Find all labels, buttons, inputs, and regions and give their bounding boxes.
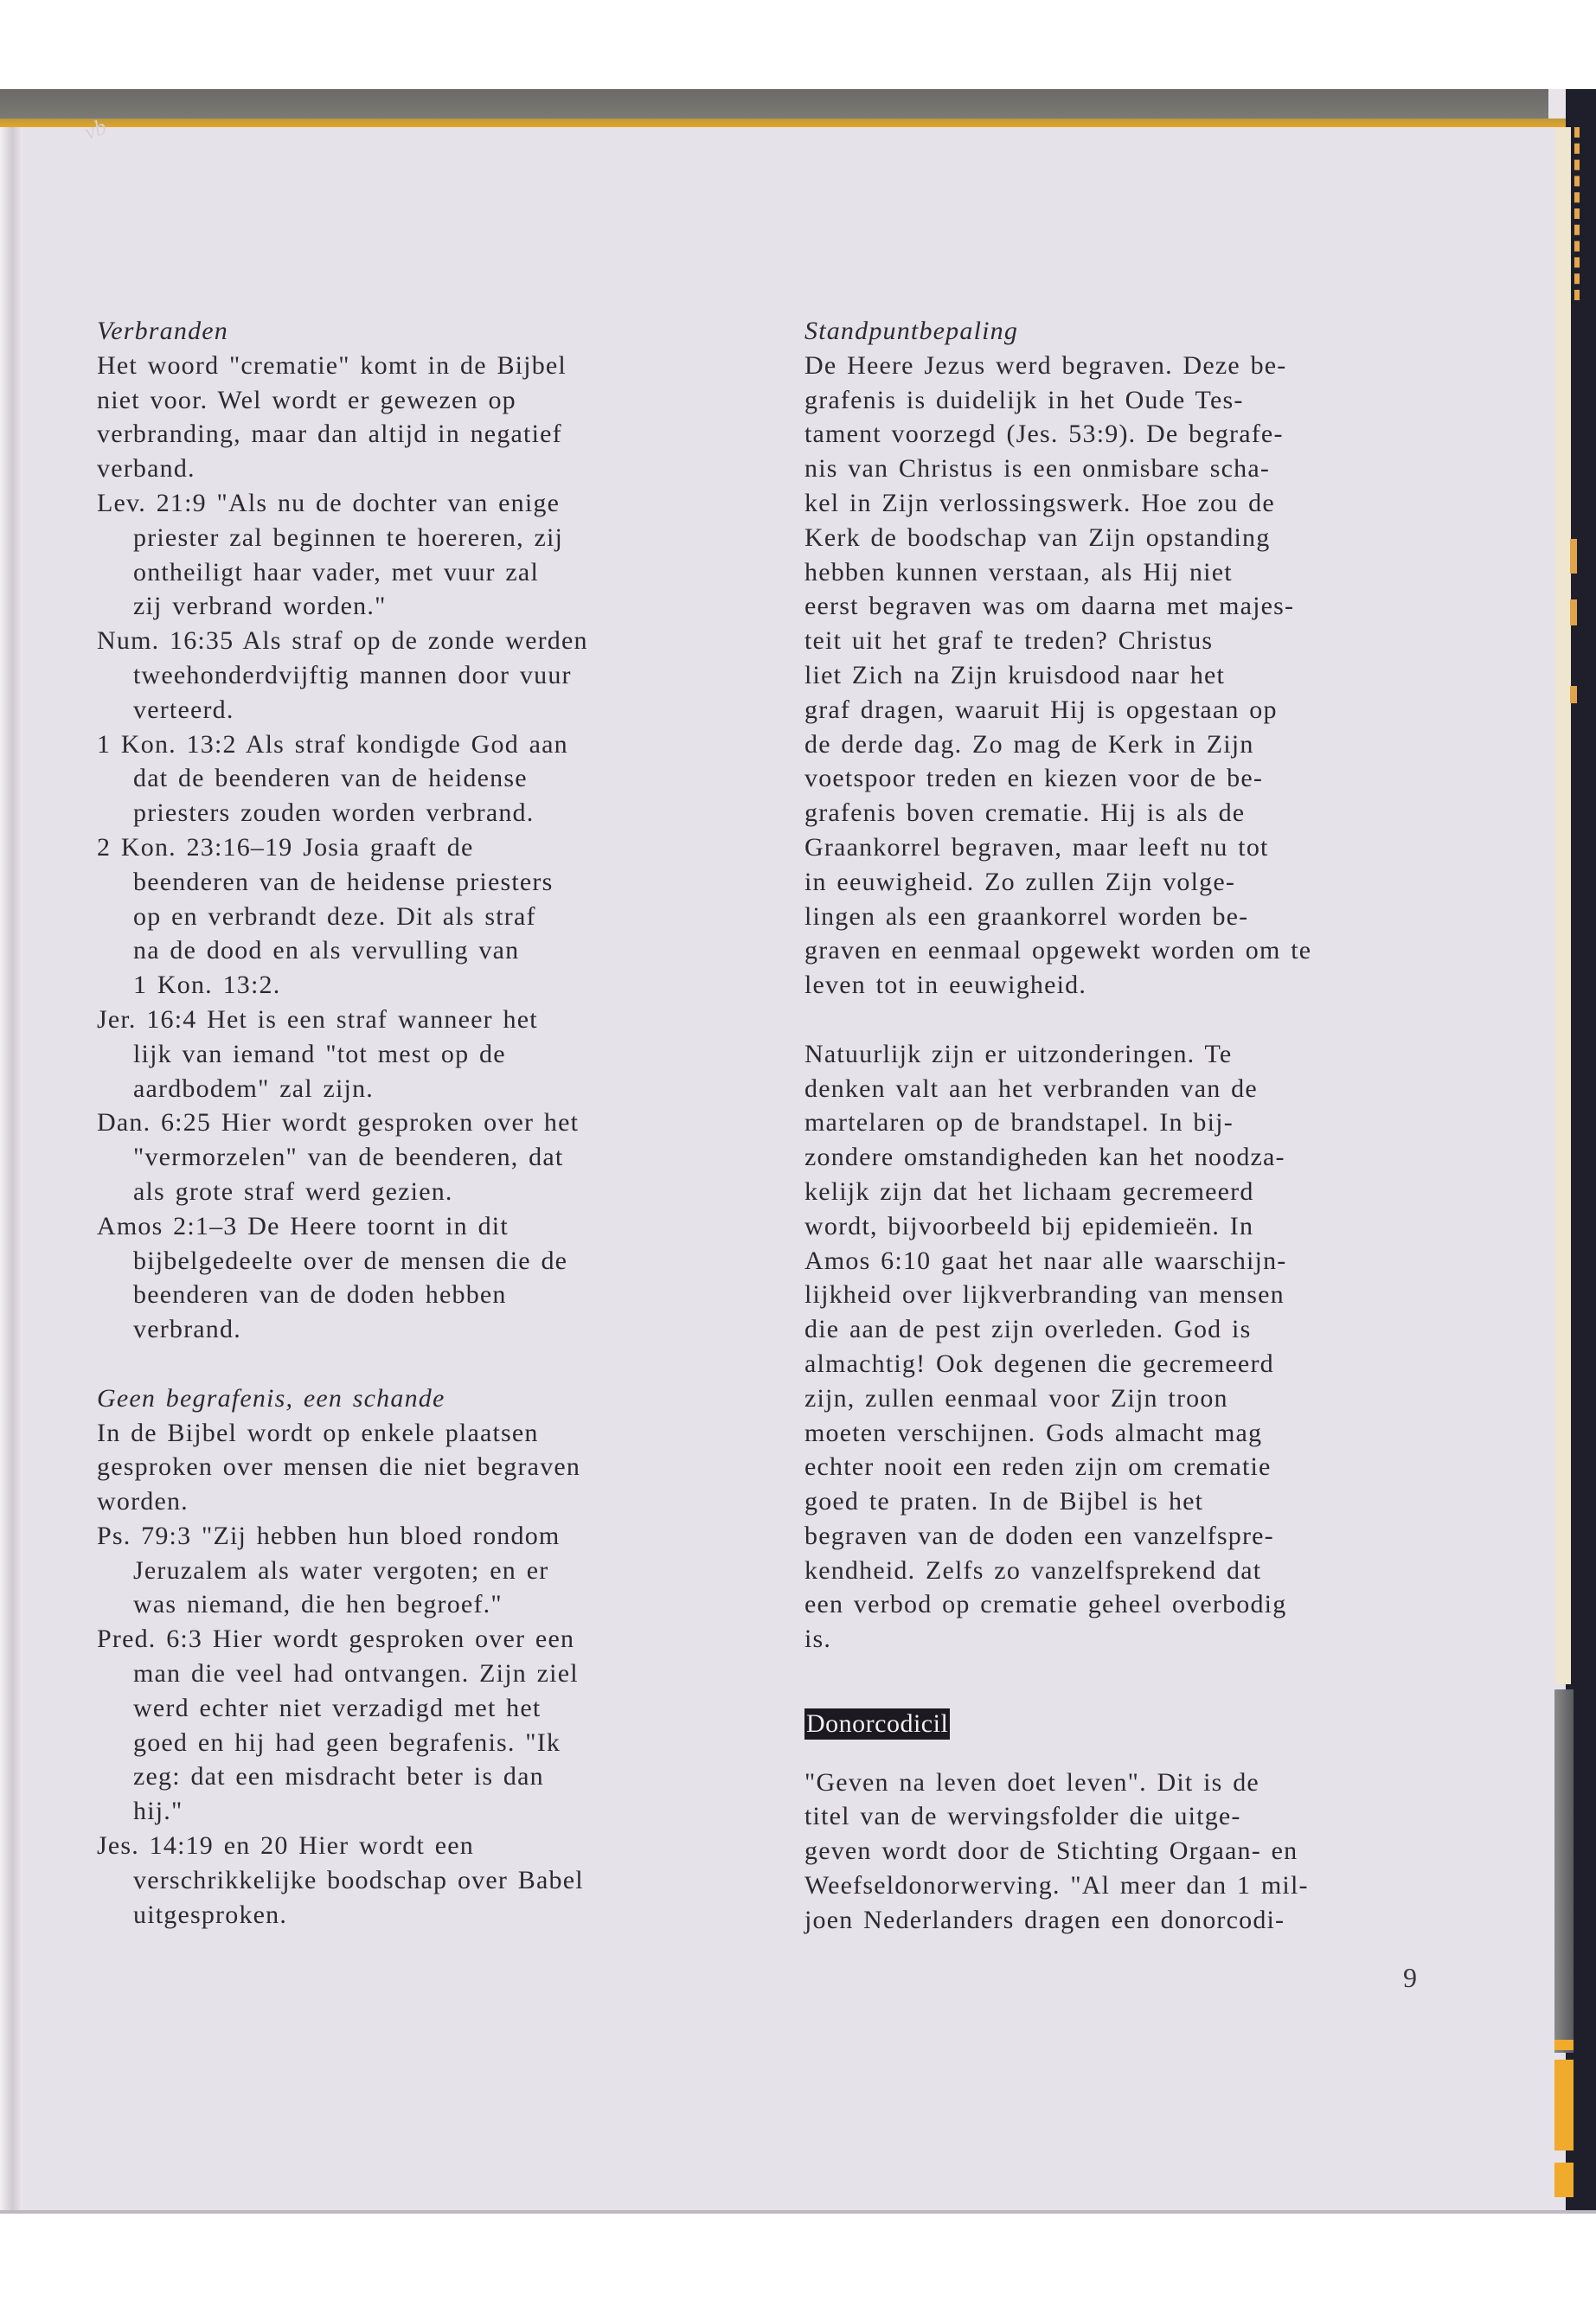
text-line: Lev. 21:9 "Als nu de dochter van enige (97, 486, 728, 521)
text-line: Het woord "crematie" komt in de Bijbel (97, 349, 728, 383)
left-column: VerbrandenHet woord "crematie" komt in d… (97, 314, 728, 1932)
text-line: verteerd. (97, 693, 728, 727)
text-line: Jes. 14:19 en 20 Hier wordt een (97, 1829, 728, 1863)
orange-edge-band (1554, 2040, 1574, 2050)
text-line: Weefseldonorwerving. "Al meer dan 1 mil- (804, 1868, 1445, 1903)
text-line: die aan de pest zijn overleden. God is (804, 1312, 1445, 1347)
text-line: titel van de wervingsfolder die uitge- (804, 1799, 1445, 1834)
exceptions-paragraph: Natuurlijk zijn er uitzonderingen. Teden… (804, 1037, 1445, 1657)
text-line: aardbodem" zal zijn. (97, 1072, 728, 1106)
text-line: nis van Christus is een onmisbare scha- (804, 452, 1445, 486)
text-line: werd echter niet verzadigd met het (97, 1691, 728, 1726)
bible-reference: Jer. 16:4 Het is een straf wanneer hetli… (97, 1003, 728, 1106)
text-line: verbranding, maar dan altijd in negatief (97, 417, 728, 452)
text-line: zijn, zullen eenmaal voor Zijn troon (804, 1381, 1445, 1416)
text-line: grafenis boven crematie. Hij is als de (804, 796, 1445, 830)
text-line: lijk van iemand "tot mest op de (97, 1037, 728, 1072)
text-line: als grote straf werd gezien. (97, 1175, 728, 1209)
text-line: 1 Kon. 13:2. (97, 968, 728, 1003)
text-line: bijbelgedeelte over de mensen die de (97, 1244, 728, 1279)
text-line: Jer. 16:4 Het is een straf wanneer het (97, 1003, 728, 1037)
text-line: joen Nederlanders dragen een donorcodi- (804, 1903, 1445, 1938)
text-line: geven wordt door de Stichting Orgaan- en (804, 1834, 1445, 1868)
bible-reference: 2 Kon. 23:16–19 Josia graaft debeenderen… (97, 830, 728, 1003)
orange-edge-band (1554, 2163, 1574, 2197)
text-line: Jeruzalem als water vergoten; en er (97, 1554, 728, 1588)
text-line: op en verbrandt deze. Dit als straf (97, 900, 728, 934)
text-line: echter nooit een reden zijn om crematie (804, 1450, 1445, 1484)
orange-edge-band (1554, 2060, 1574, 2150)
text-line: Natuurlijk zijn er uitzonderingen. Te (804, 1037, 1445, 1072)
text-line: zondere omstandigheden kan het noodza- (804, 1140, 1445, 1175)
section-heading-donorcodicil: Donorcodicil (804, 1708, 950, 1740)
paragraph-gap (804, 1691, 1445, 1707)
text-line: wordt, bijvoorbeeld bij epidemieën. In (804, 1209, 1445, 1244)
text-line: 1 Kon. 13:2 Als straf kondigde God aan (97, 727, 728, 762)
text-line: de derde dag. Zo mag de Kerk in Zijn (804, 727, 1445, 762)
text-line: goed en hij had geen begrafenis. "Ik (97, 1726, 728, 1760)
text-line: hebben kunnen verstaan, als Hij niet (804, 555, 1445, 590)
book-gold-rule (0, 119, 1583, 127)
text-line: is. (804, 1622, 1445, 1657)
text-line: 2 Kon. 23:16–19 Josia graaft de (97, 830, 728, 865)
text-line: "Geven na leven doet leven". Dit is de (804, 1766, 1445, 1800)
text-line: man die veel had ontvangen. Zijn ziel (97, 1657, 728, 1691)
book-edge-shadow (1554, 1689, 1574, 2053)
text-line: was niemand, die hen begroef." (97, 1587, 728, 1622)
bible-reference: Ps. 79:3 "Zij hebben hun bloed rondomJer… (97, 1519, 728, 1622)
text-line: tweehonderdvijftig mannen door vuur (97, 658, 728, 693)
tab-marker (1570, 599, 1577, 625)
text-line: liet Zich na Zijn kruisdood naar het (804, 658, 1445, 693)
text-line: Pred. 6:3 Hier wordt gesproken over een (97, 1622, 728, 1657)
text-line: graf dragen, waaruit Hij is opgestaan op (804, 693, 1445, 727)
text-line: verband. (97, 452, 728, 486)
text-line: eerst begraven was om daarna met majes- (804, 589, 1445, 624)
text-line: lijkheid over lijkverbranding van mensen (804, 1278, 1445, 1312)
tab-marker (1570, 686, 1577, 703)
text-line: grafenis is duidelijk in het Oude Tes- (804, 383, 1445, 418)
text-line: Amos 2:1–3 De Heere toornt in dit (97, 1209, 728, 1244)
text-line: Graankorrel begraven, maar leeft nu tot (804, 830, 1445, 865)
text-line: worden. (97, 1484, 728, 1519)
text-line: graven en eenmaal opgewekt worden om te (804, 933, 1445, 968)
text-line: verschrikkelijke boodschap over Babel (97, 1863, 728, 1898)
standpunt-paragraph: De Heere Jezus werd begraven. Deze be-gr… (804, 349, 1445, 1003)
tab-marker (1570, 539, 1577, 574)
page-edge-stack (1555, 127, 1571, 1684)
bible-reference: Lev. 21:9 "Als nu de dochter van enigepr… (97, 486, 728, 624)
text-line: kendheid. Zelfs zo vanzelfsprekend dat (804, 1554, 1445, 1588)
text-line: almachtig! Ook degenen die gecremeerd (804, 1347, 1445, 1381)
bible-reference: Amos 2:1–3 De Heere toornt in ditbijbelg… (97, 1209, 728, 1347)
text-line: Kerk de boodschap van Zijn opstanding (804, 521, 1445, 555)
section-intro: Het woord "crematie" komt in de Bijbelni… (97, 349, 728, 486)
section-heading: Verbranden (97, 314, 728, 349)
paragraph-gap (804, 1657, 1445, 1691)
text-line: tament voorzegd (Jes. 53:9). De begrafe- (804, 417, 1445, 452)
text-line: gesproken over mensen die niet begraven (97, 1450, 728, 1484)
text-line: na de dood en als vervulling van (97, 933, 728, 968)
text-line: teit uit het graf te treden? Christus (804, 624, 1445, 658)
text-line: lingen als een graankorrel worden be- (804, 900, 1445, 934)
book-top-edge (0, 89, 1548, 119)
book-gutter (0, 127, 22, 2212)
text-line: priesters zouden worden verbrand. (97, 796, 728, 830)
text-line: dat de beenderen van de heidense (97, 761, 728, 796)
text-line: De Heere Jezus werd begraven. Deze be- (804, 349, 1445, 383)
donorcodicil-paragraph: "Geven na leven doet leven". Dit is deti… (804, 1766, 1445, 1938)
paragraph-gap (97, 1347, 728, 1381)
text-line: Num. 16:35 Als straf op de zonde werden (97, 624, 728, 658)
text-line: zij verbrand worden." (97, 589, 728, 624)
text-line: kel in Zijn verlossingswerk. Hoe zou de (804, 486, 1445, 521)
text-line: ontheiligt haar vader, met vuur zal (97, 555, 728, 590)
text-line: verbrand. (97, 1312, 728, 1347)
paragraph-gap (804, 1003, 1445, 1037)
text-line: beenderen van de doden hebben (97, 1278, 728, 1312)
text-line: begraven van de doden een vanzelfspre- (804, 1519, 1445, 1554)
text-line: "vermorzelen" van de beenderen, dat (97, 1140, 728, 1175)
text-line: niet voor. Wel wordt er gewezen op (97, 383, 728, 418)
text-line: zeg: dat een misdracht beter is dan (97, 1759, 728, 1794)
page-number: 9 (1403, 1962, 1417, 1994)
bible-reference: Num. 16:35 Als straf op de zonde werdent… (97, 624, 728, 727)
text-line: Amos 6:10 gaat het naar alle waarschijn- (804, 1244, 1445, 1279)
text-line: hij." (97, 1794, 728, 1829)
text-line: Ps. 79:3 "Zij hebben hun bloed rondom (97, 1519, 728, 1554)
text-line: in eeuwigheid. Zo zullen Zijn volge- (804, 865, 1445, 900)
text-line: In de Bijbel wordt op enkele plaatsen (97, 1416, 728, 1451)
text-line: leven tot in eeuwigheid. (804, 968, 1445, 1003)
text-line: priester zal beginnen te hoereren, zij (97, 521, 728, 555)
section-intro: In de Bijbel wordt op enkele plaatsenges… (97, 1416, 728, 1519)
text-line: moeten verschijnen. Gods almacht mag (804, 1416, 1445, 1451)
bible-reference: Pred. 6:3 Hier wordt gesproken over eenm… (97, 1622, 728, 1829)
section-heading-standpuntbepaling: Standpuntbepaling (804, 314, 1445, 349)
bible-reference: Jes. 14:19 en 20 Hier wordt eenverschrik… (97, 1829, 728, 1932)
bible-reference: 1 Kon. 13:2 Als straf kondigde God aanda… (97, 727, 728, 830)
section-heading: Geen begrafenis, een schande (97, 1381, 728, 1416)
text-line: voetspoor treden en kiezen voor de be- (804, 761, 1445, 796)
text-line: een verbod op crematie geheel overbodig (804, 1587, 1445, 1622)
text-line: denken valt aan het verbranden van de (804, 1072, 1445, 1106)
paragraph-gap (804, 1741, 1445, 1766)
text-line: Dan. 6:25 Hier wordt gesproken over het (97, 1106, 728, 1140)
text-line: martelaren op de brandstapel. In bij- (804, 1106, 1445, 1140)
text-line: beenderen van de heidense priesters (97, 865, 728, 900)
text-line: kelijk zijn dat het lichaam gecremeerd (804, 1175, 1445, 1209)
bible-reference: Dan. 6:25 Hier wordt gesproken over het"… (97, 1106, 728, 1208)
page-bottom-edge (0, 2210, 1596, 2214)
text-line: uitgesproken. (97, 1898, 728, 1932)
page-tab-marks (1567, 127, 1580, 300)
right-column: Standpuntbepaling De Heere Jezus werd be… (804, 314, 1445, 1938)
text-line: goed te praten. In de Bijbel is het (804, 1484, 1445, 1519)
